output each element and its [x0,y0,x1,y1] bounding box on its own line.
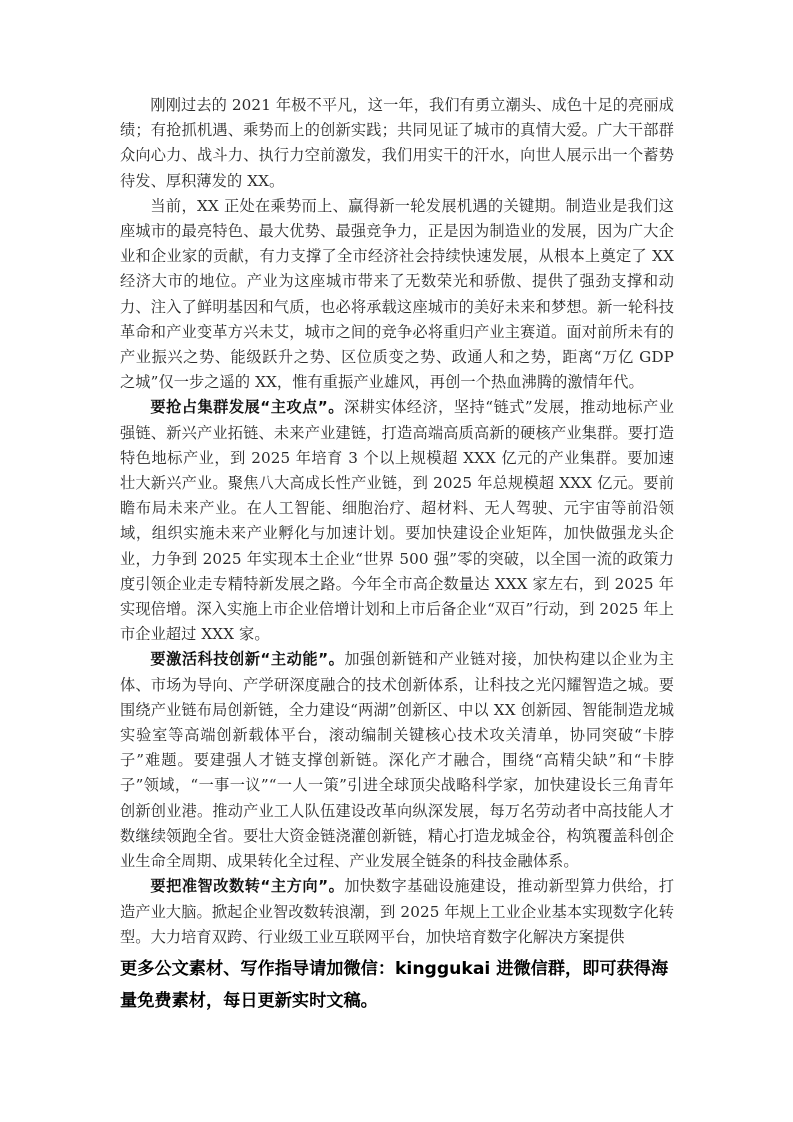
paragraph-lead: 要抢占集群发展“主攻点”。 [150,398,344,416]
paragraph-tech-innovation: 要激活科技创新“主动能”。加强创新链和产业链对接，加快构建以企业为主体、市场为导… [120,647,674,874]
paragraph-context: 当前，XX 正处在乘势而上、赢得新一轮发展机遇的关键期。制造业是我们这座城市的最… [120,194,674,396]
document-body: 刚刚过去的 2021 年极不平凡，这一年，我们有勇立潮头、成色十足的亮丽成绩；有… [120,93,674,950]
paragraph-text: 刚刚过去的 2021 年极不平凡，这一年，我们有勇立潮头、成色十足的亮丽成绩；有… [120,96,674,190]
paragraph-lead: 要把准智改数转“主方向”。 [150,877,344,895]
promo-footer: 更多公文素材、写作指导请加微信：kinggukai 进微信群，即可获得海量免费素… [120,953,680,1017]
paragraph-lead: 要激活科技创新“主动能”。 [150,650,344,668]
paragraph-intro: 刚刚过去的 2021 年极不平凡，这一年，我们有勇立潮头、成色十足的亮丽成绩；有… [120,93,674,194]
paragraph-text: 当前，XX 正处在乘势而上、赢得新一轮发展机遇的关键期。制造业是我们这座城市的最… [120,197,674,391]
paragraph-text: 深耕实体经济，坚持“链式”发展，推动地标产业强链、新兴产业拓链、未来产业建链，打… [120,398,674,643]
paragraph-digital-transformation: 要把准智改数转“主方向”。加快数字基础设施建设，推动新型算力供给，打造产业大脑。… [120,874,674,950]
paragraph-cluster-development: 要抢占集群发展“主攻点”。深耕实体经济，坚持“链式”发展，推动地标产业强链、新兴… [120,395,674,647]
paragraph-text: 加强创新链和产业链对接，加快构建以企业为主体、市场为导向、产学研深度融合的技术创… [120,650,674,870]
